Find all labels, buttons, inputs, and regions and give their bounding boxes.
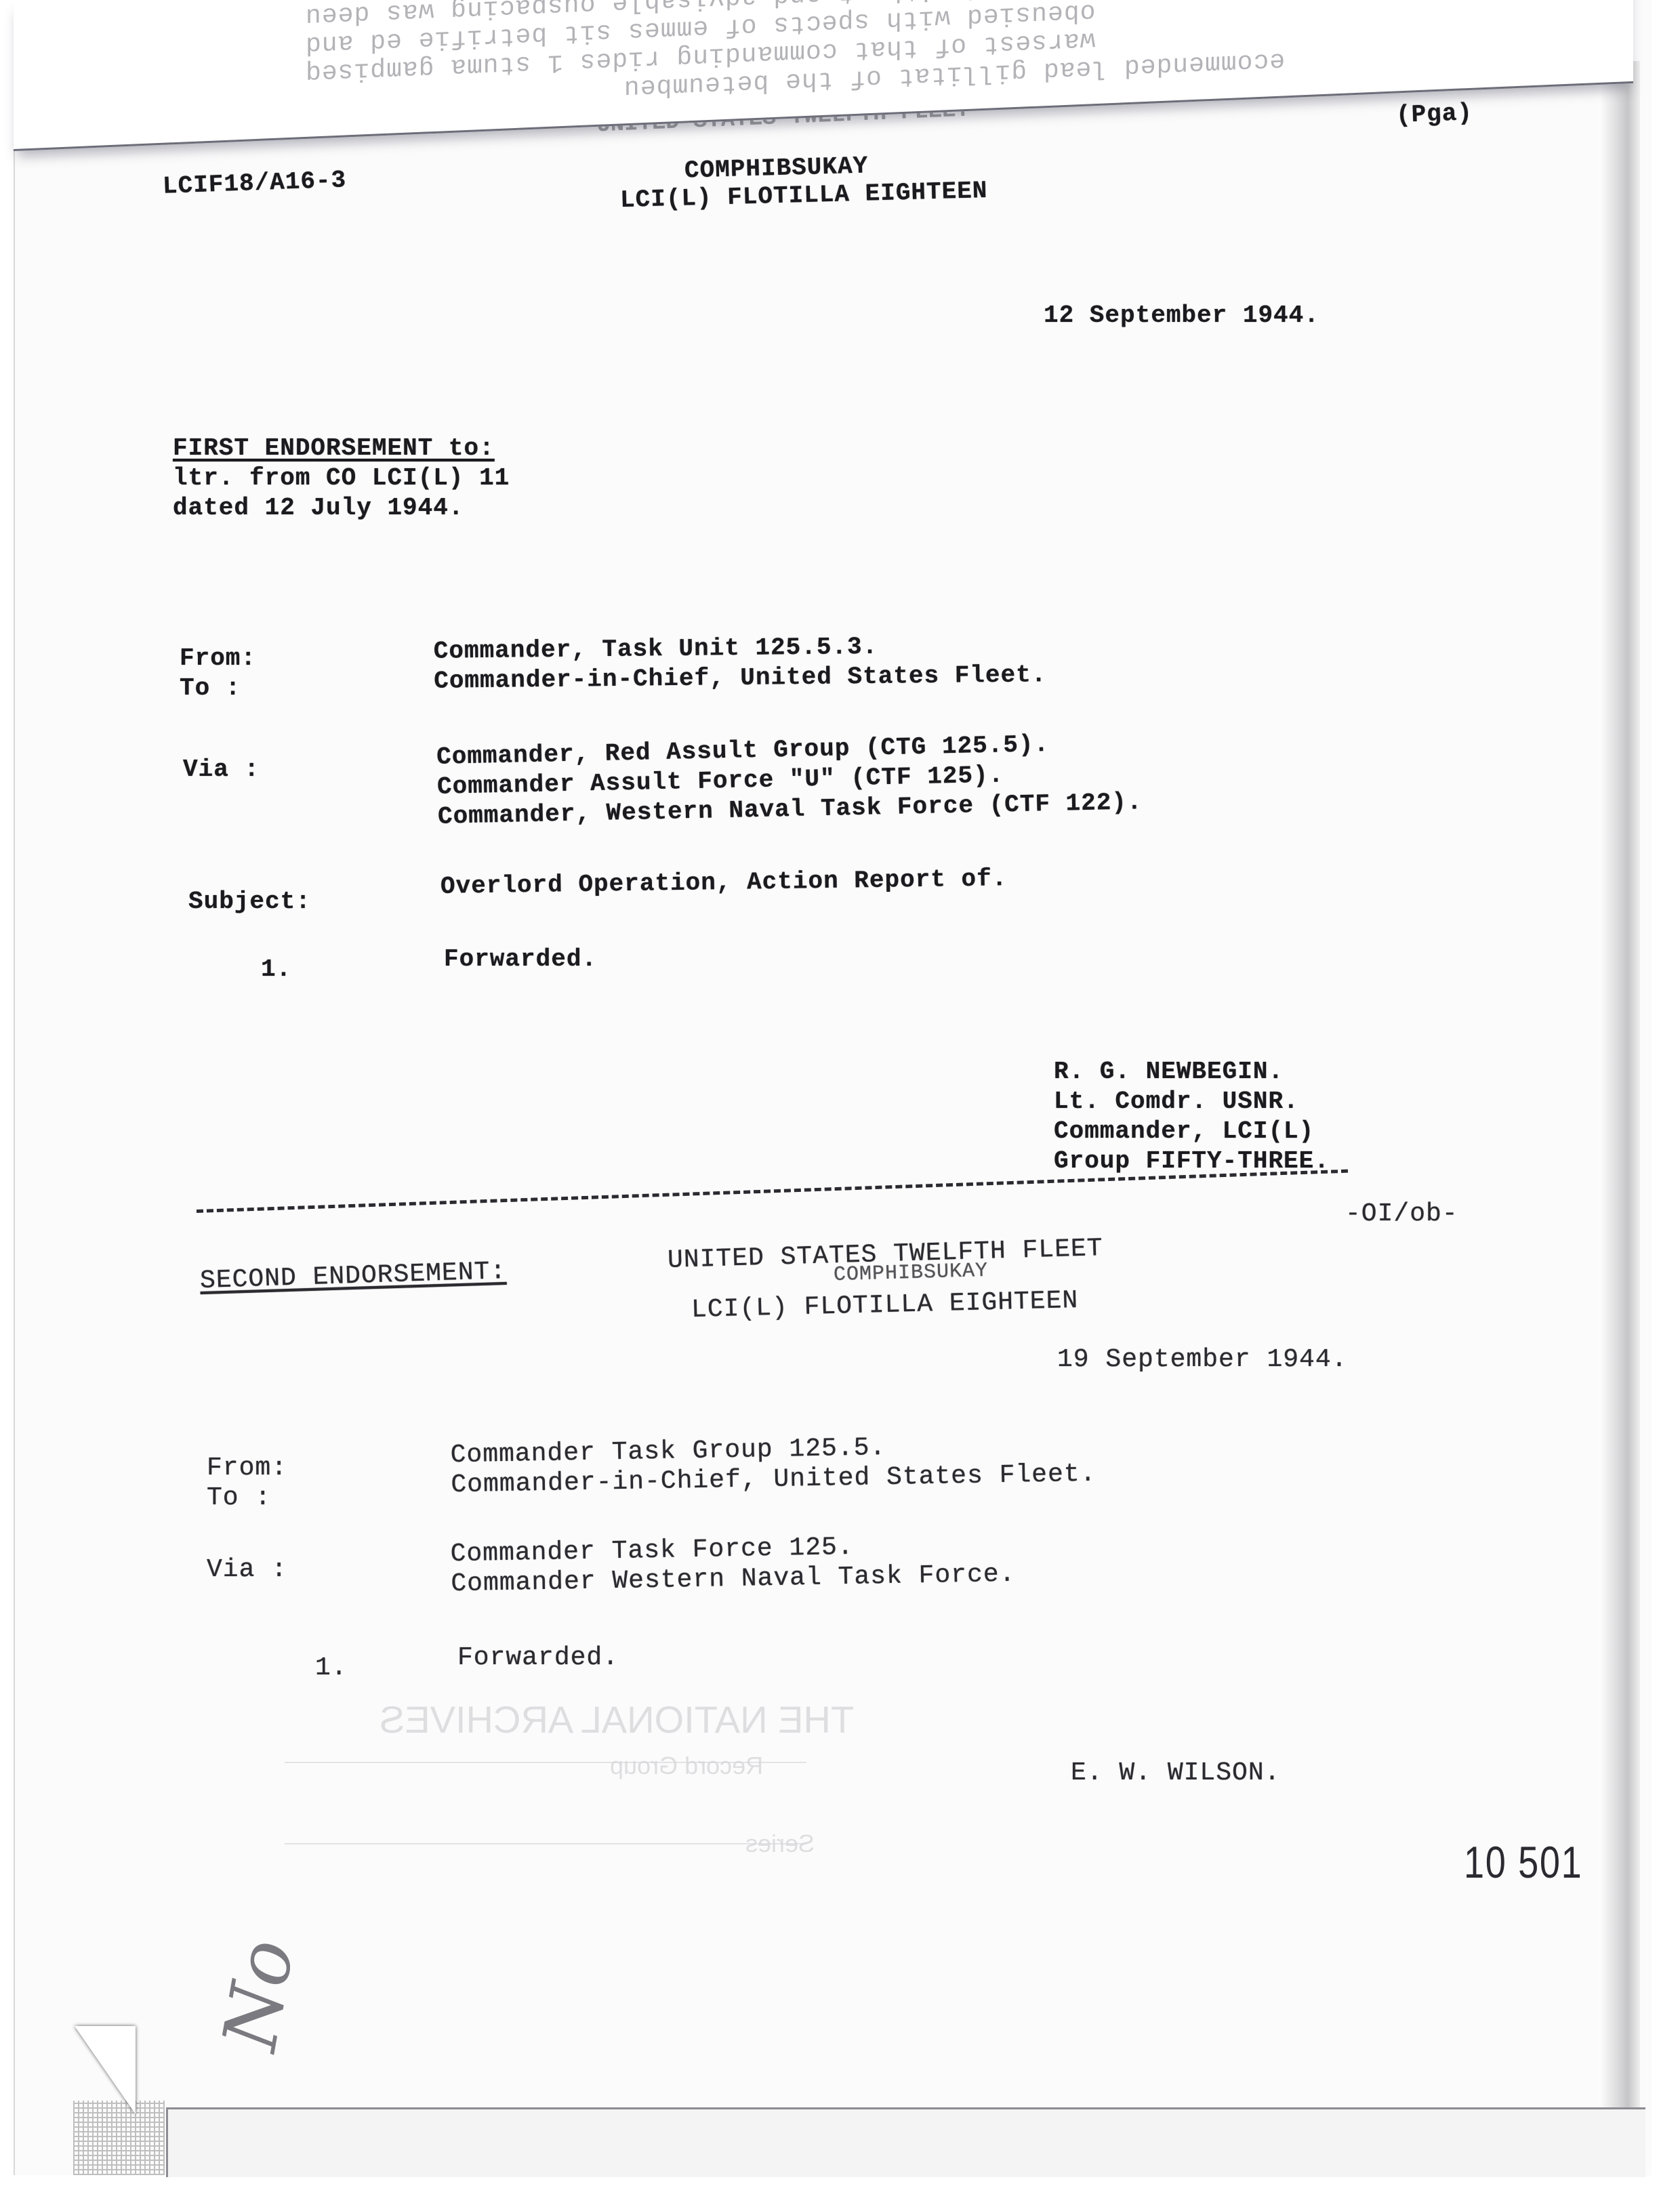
second-from-to-labels: From: To : (207, 1453, 287, 1513)
second-from-to-values: Commander Task Group 125.5. Commander-in… (450, 1430, 1097, 1501)
second-date: 19 September 1944. (1057, 1345, 1347, 1374)
archive-stamp-line (285, 1843, 806, 1844)
from-label: From: (207, 1453, 287, 1483)
paragraph-number: 1. (261, 955, 291, 983)
folded-corner (75, 2026, 136, 2114)
via-list: Commander, Red Assult Group (CTG 125.5).… (436, 728, 1143, 832)
paragraph-text: Forwarded. (444, 945, 597, 973)
first-endorsement-reference: FIRST ENDORSEMENT to: ltr. from CO LCI(L… (173, 434, 510, 523)
signature-title: Commander, LCI(L) (1054, 1117, 1330, 1147)
to-label: To : (207, 1483, 287, 1513)
archive-stamp-field: Record Group (610, 1752, 763, 1780)
via-label: Via : (183, 756, 260, 783)
first-endorsement-heading: FIRST ENDORSEMENT to: (173, 434, 510, 463)
second-paragraph-text: Forwarded. (457, 1643, 619, 1672)
document-page (14, 0, 1652, 2175)
separator-code: -OI/ob- (1345, 1199, 1458, 1229)
second-org-overstrike: COMPHIBSUKAY (834, 1260, 989, 1287)
page-number-stamp: 10 501 (1464, 1836, 1582, 1888)
reference-letter: ltr. from CO LCI(L) 11 (173, 463, 510, 493)
archive-stamp-line (285, 1762, 806, 1763)
from-to-values: Commander, Task Unit 125.5.3. Commander-… (434, 630, 1047, 696)
to-label: To : (180, 674, 256, 703)
second-via-list: Commander Task Force 125. Commander West… (450, 1530, 1016, 1600)
reference-date: dated 12 July 1944. (173, 493, 510, 523)
from-label: From: (180, 644, 256, 674)
document-date: 12 September 1944. (1044, 302, 1319, 329)
archive-stamp-title: THE NATIONAL ARCHIVES (380, 1697, 854, 1741)
second-signature: E. W. WILSON. (1071, 1758, 1280, 1788)
second-via-label: Via : (207, 1555, 287, 1584)
signature-rank: Lt. Comdr. USNR. (1054, 1087, 1330, 1117)
overlay-fragment: (Pga) (1395, 99, 1473, 129)
from-to-labels: From: To : (180, 644, 256, 703)
subject-label: Subject: (188, 888, 311, 915)
signature-name: R. G. NEWBEGIN. (1054, 1057, 1330, 1087)
second-paragraph-number: 1. (315, 1653, 348, 1683)
first-signature-block: R. G. NEWBEGIN. Lt. Comdr. USNR. Command… (1054, 1057, 1330, 1176)
underlying-sheet-edge (166, 2107, 1645, 2177)
page-edge-shadow (1599, 61, 1640, 2175)
org-name: COMPHIBSUKAY (684, 152, 869, 184)
